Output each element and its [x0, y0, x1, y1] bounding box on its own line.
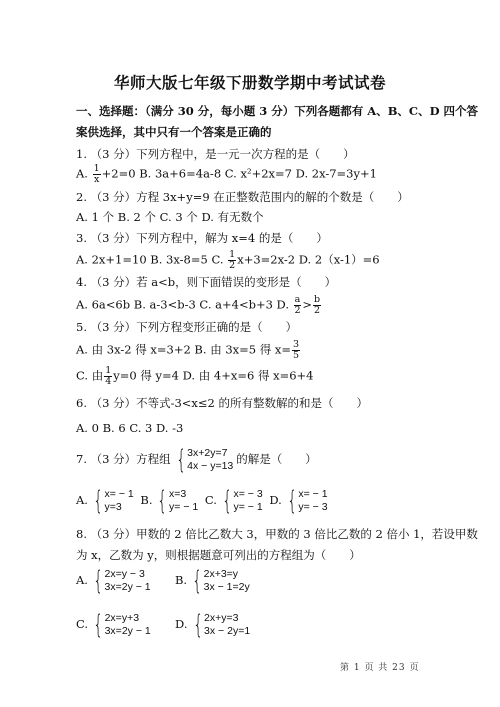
- denominator: 4: [105, 377, 111, 387]
- equation: y= − 3: [298, 501, 327, 514]
- equation: 3x+2y=7: [187, 447, 233, 460]
- greater-than: >: [302, 298, 312, 312]
- option-system: {x= − 1y=3: [90, 488, 134, 514]
- equation: 3x − 2y=1: [204, 625, 250, 638]
- left-brace-icon: {: [176, 447, 186, 473]
- stem-text: 的解是（ ）: [236, 452, 317, 466]
- section-header-cont: 案供选择，其中只有一个答案是正确的: [76, 125, 272, 139]
- equation: y=3: [105, 501, 134, 514]
- equation: 2x=y+3: [105, 612, 151, 625]
- left-brace-icon: {: [158, 488, 168, 514]
- question-6-options: A. 0 B. 6 C. 3 D. -3: [76, 421, 183, 435]
- fraction: 35: [292, 340, 300, 361]
- denominator: 5: [293, 351, 299, 361]
- question-2-options: A. 1 个 B. 2 个 C. 3 个 D. 有无数个: [76, 210, 264, 224]
- fraction: b2: [313, 295, 321, 316]
- question-3-stem: 3. （3 分）下列方程中，解为 x=4 的是（ ）: [76, 231, 328, 245]
- option-system: {2x=y − 33x=2y − 1: [90, 568, 151, 594]
- option-label: A.: [76, 493, 88, 507]
- stem-text: 7. （3 分）方程组: [76, 452, 171, 466]
- option-label: D.: [269, 493, 281, 507]
- equation: 3x=2y − 1: [105, 581, 151, 594]
- equation: x= − 3: [233, 488, 262, 501]
- fraction: 1x: [93, 164, 101, 185]
- option-text: y=0 得 y=4 D. 由 4+x=6 得 x=6+4: [113, 369, 313, 383]
- section-header: 一、选择题：（满分 30 分，每小题 3 分）下列各题都有 A、B、C、D 四个…: [76, 104, 478, 118]
- option-text: A. 6a<6b B. a-3<b-3 C. a+4<b+3 D.: [76, 298, 289, 312]
- left-brace-icon: {: [222, 488, 232, 514]
- left-brace-icon: {: [93, 612, 103, 638]
- denominator: 2: [229, 261, 235, 271]
- question-5-options-ab: A. 由 3x-2 得 x=3+2 B. 由 3x=5 得 x=35: [76, 340, 301, 361]
- denominator: 2: [294, 306, 300, 316]
- fraction: 12: [228, 250, 236, 271]
- left-brace-icon: {: [93, 488, 103, 514]
- option-label: D.: [175, 617, 187, 631]
- option-text: A. 2x+1=10 B. 3x-8=5 C.: [76, 253, 224, 267]
- question-1-stem: 1. （3 分）下列方程中，是一元一次方程的是（ ）: [76, 147, 355, 161]
- equation: x= − 1: [298, 488, 327, 501]
- equation-system: {3x+2y=74x − y=13: [173, 447, 234, 473]
- equation: y= − 1: [169, 501, 198, 514]
- option-system: {x=3y= − 1: [154, 488, 198, 514]
- equation: x= − 1: [105, 488, 134, 501]
- option-system: {2x+3=y3x − 1=2y: [189, 568, 250, 594]
- left-brace-icon: {: [192, 568, 202, 594]
- option-text: x+3=2x-2 D. 2（x-1）=6: [237, 253, 379, 267]
- document-title: 华师大版七年级下册数学期中考试试卷: [0, 71, 500, 93]
- question-8-options-cd: C.{2x=y+33x=2y − 1 D.{2x+y=33x − 2y=1: [76, 612, 253, 638]
- option-label: B.: [175, 573, 187, 587]
- fraction: 14: [104, 366, 112, 387]
- question-3-options: A. 2x+1=10 B. 3x-8=5 C. 12x+3=2x-2 D. 2（…: [76, 250, 380, 271]
- question-8-stem: 8. （3 分）甲数的 2 倍比乙数大 3，甲数的 3 倍比乙数的 2 倍小 1…: [76, 527, 478, 541]
- left-brace-icon: {: [93, 568, 103, 594]
- question-8-stem-cont: 为 x，乙数为 y，则根据题意可列出的方程组为（ ）: [76, 548, 361, 562]
- question-1-options: A. 1x+2=0 B. 3a+6=4a-8 C. x²+2x=7 D. 2x-…: [76, 164, 377, 185]
- option-system: {2x+y=33x − 2y=1: [190, 612, 251, 638]
- option-system: {2x=y+33x=2y − 1: [90, 612, 151, 638]
- question-2-stem: 2. （3 分）方程 3x+y=9 在正整数范围内的解的个数是（ ）: [76, 190, 409, 204]
- page-number: 第 1 页 共 23 页: [340, 660, 419, 673]
- equation: 4x − y=13: [187, 460, 233, 473]
- equation: 3x − 1=2y: [204, 581, 250, 594]
- question-8-options-ab: A.{2x=y − 33x=2y − 1 B.{2x+3=y3x − 1=2y: [76, 568, 253, 594]
- question-5-options-cd: C. 由14y=0 得 y=4 D. 由 4+x=6 得 x=6+4: [76, 366, 313, 387]
- exam-page: 华师大版七年级下册数学期中考试试卷 一、选择题：（满分 30 分，每小题 3 分…: [0, 0, 500, 707]
- question-4-options: A. 6a<6b B. a-3<b-3 C. a+4<b+3 D. a2>b2: [76, 295, 322, 316]
- fraction: a2: [294, 295, 302, 316]
- option-system: {x= − 1y= − 3: [284, 488, 328, 514]
- equation: y= − 1: [233, 501, 262, 514]
- left-brace-icon: {: [193, 612, 203, 638]
- question-7-options: A.{x= − 1y=3 B.{x=3y= − 1 C.{x= − 3y= − …: [76, 488, 331, 514]
- option-text: +2=0 B. 3a+6=4a-8 C. x²+2x=7 D. 2x-7=3y+…: [102, 167, 377, 181]
- equation: 2x+3=y: [204, 568, 250, 581]
- option-label: C.: [205, 493, 217, 507]
- equation: 2x+y=3: [204, 612, 250, 625]
- denominator: x: [94, 175, 99, 185]
- equation: 2x=y − 3: [105, 568, 151, 581]
- option-text: A. 由 3x-2 得 x=3+2 B. 由 3x=5 得 x=: [76, 343, 291, 357]
- option-label: A.: [76, 573, 88, 587]
- question-6-stem: 6. （3 分）不等式-3<x≤2 的所有整数解的和是（ ）: [76, 396, 368, 410]
- equation: x=3: [169, 488, 198, 501]
- left-brace-icon: {: [287, 488, 297, 514]
- question-7-stem: 7. （3 分）方程组{3x+2y=74x − y=13的解是（ ）: [76, 447, 317, 473]
- denominator: 2: [314, 306, 320, 316]
- option-text: A.: [76, 167, 88, 181]
- question-4-stem: 4. （3 分）若 a<b，则下面错误的变形是（ ）: [76, 275, 336, 289]
- option-label: C.: [76, 617, 88, 631]
- question-5-stem: 5. （3 分）下列方程变形正确的是（ ）: [76, 320, 297, 334]
- option-system: {x= − 3y= − 1: [219, 488, 263, 514]
- option-label: B.: [140, 493, 152, 507]
- option-text: C. 由: [76, 369, 103, 383]
- equation: 3x=2y − 1: [105, 625, 151, 638]
